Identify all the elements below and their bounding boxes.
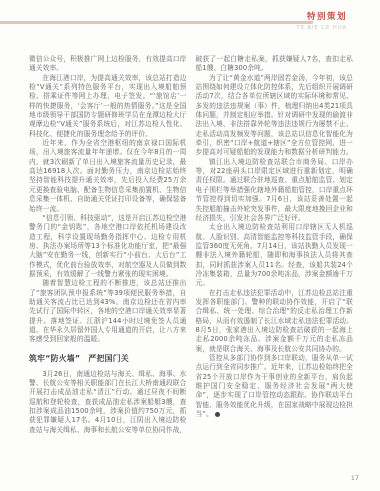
paragraph: 镇江出入境边防检查站联合市商务局、口岸办等，对22座码头口岸限定区域进行重新划定…: [196, 158, 354, 223]
magazine-page: 特别策划 TE BIE CE HUA 微信公众号，积极推广网上边检服务，有效提高…: [0, 0, 380, 491]
paragraph: 在打击走私违法犯罪活动中，江苏边检总站注重发挥各职能部门、警种的联动协作效能，开…: [196, 289, 354, 354]
paragraph: 为了让“黄金水道”两岸固若金汤，今年初，该总站围绕如何建设立体化防控体系，先后组…: [196, 74, 354, 158]
paragraph-continued: 破获了一起白糖走私案，抓获嫌疑人7名，查扣走私船1艘、白糖300余吨。: [196, 55, 354, 74]
paragraph-text: 管控从多部门协作到多口岸联动，服务从单一试点运行到全省同步推广。近年来，江苏边检…: [196, 354, 354, 418]
paragraph-continued: 微信公众号，积极推广网上边检服务，有效提高口岸通关效率。: [29, 55, 187, 74]
paragraph: 太仓出入境边防检查站利用口岸辖区无人机巡航、人脸识别、高清智能监控等科技监管手段…: [196, 223, 354, 288]
article-body: 微信公众号，积极推广网上边检服务，有效提高口岸通关效率。 在海江港口岸，为提高通…: [29, 55, 353, 435]
paragraph: 随着智慧边检工程的不断推进，该总站还推出了“旅客团队预申报系统”等39项便民服务…: [29, 279, 187, 344]
end-of-article-icon: [215, 412, 220, 417]
right-column: 破获了一起白糖走私案，抓获嫌疑人7名，查扣走私船1艘、白糖300余吨。 为了让“…: [196, 55, 354, 435]
paragraph: “信息引领、科技驱动”，这是开启江苏边检空港警务门的“金钥匙”，各地空港口岸依托…: [29, 214, 187, 279]
section-title: 特别策划: [307, 10, 347, 22]
paragraph: 近年来，作为全省空港枢纽的南京禄口国际机场，出入境旅客流量年年递增。仅在今年8月…: [29, 139, 187, 214]
page-number: 17: [351, 474, 359, 482]
header-rule: [0, 21, 313, 24]
paragraph: 在海江港口岸，为提高通关效率，该总站打造边检“V通关”系列特色服务平台，实现出入…: [29, 74, 187, 139]
paragraph-last: 管控从多部门协作到多口岸联动，服务从单一试点运行到全省同步推广。近年来，江苏边检…: [196, 354, 354, 419]
left-column: 微信公众号，积极推广网上边检服务，有效提高口岸通关效率。 在海江港口岸，为提高通…: [29, 55, 187, 435]
paragraph: 3月26日，南通边检站与海关、缉私、海事、水警、长航公安等相关职能部门在长江大桥…: [29, 370, 187, 435]
section-pinyin: TE BIE CE HUA: [296, 25, 347, 31]
section-subheading: 筑牢“防火墙” 严把国门关: [29, 354, 187, 364]
